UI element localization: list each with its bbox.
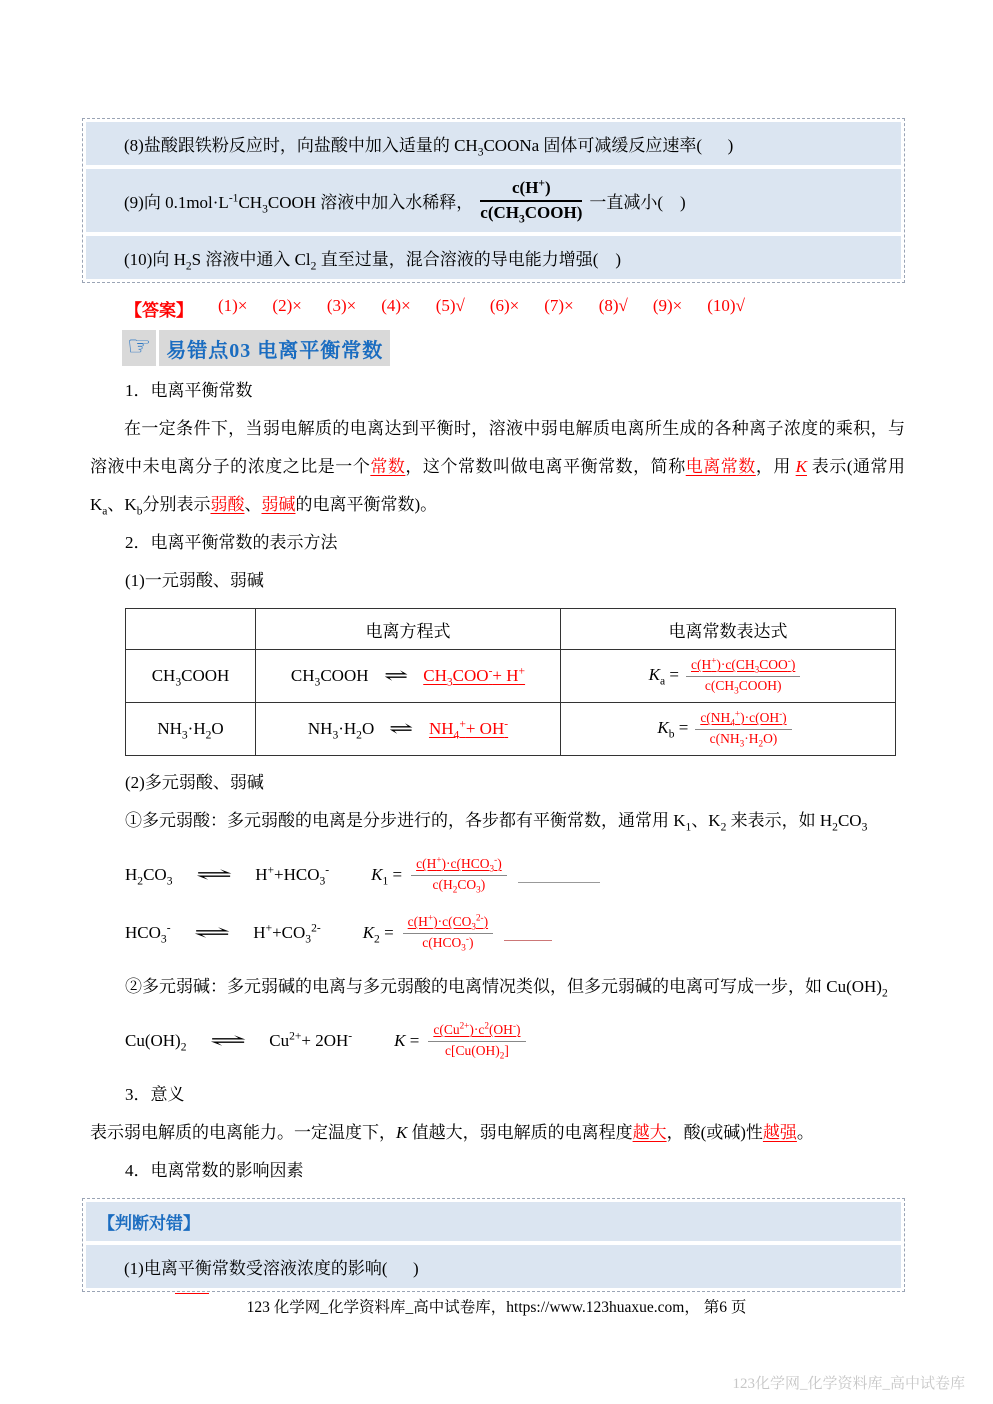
equation-cell: NH3·H2O ⇌ NH4++ OH-: [256, 703, 561, 756]
equation-text: H2CO3 ⇌ H++HCO3-: [125, 865, 329, 885]
answer-blank-line: [518, 868, 600, 883]
k2-label: K2 =: [363, 923, 394, 943]
paragraph-meaning: 表示弱电解质的电离能力。一定温度下，K 值越大，弱电解质的电离程度越大，酸(或碱…: [90, 1114, 905, 1152]
k2-fraction: c(H+)·c(CO32-)c(HCO3-): [403, 914, 493, 952]
section-title: 易错点03 电离平衡常数: [159, 330, 390, 366]
k1-fraction: c(H+)·c(HCO3-)c(H2CO3): [411, 856, 507, 894]
answer-item: (1)×: [218, 296, 247, 321]
answer-item: (9)×: [653, 296, 682, 321]
equation-h2co3: H2CO3 ⇌ H++HCO3- K1 = c(H+)·c(HCO3-)c(H2…: [90, 852, 905, 898]
question-9-text-after: 一直减小( ): [589, 188, 685, 213]
equation-text: Cu(OH)2 ⇌ Cu2++ 2OH-: [125, 1031, 352, 1051]
table-header-expression: 电离常数表达式: [561, 609, 896, 650]
question-10-text: (10)向 H2S 溶液中通入 Cl2 直至过量，混合溶液的导电能力增强( ): [124, 245, 621, 270]
true-false-question-box: (8)盐酸跟铁粉反应时，向盐酸中加入适量的 CH3COONa 固体可减缓反应速率…: [82, 118, 905, 283]
fraction-numerator: c(H+): [480, 178, 582, 202]
k-label: Ka =: [649, 665, 679, 684]
answer-item: (3)×: [327, 296, 356, 321]
judge-right-wrong-box: 【判断对错】 (1)电离平衡常数受溶液浓度的影响( ): [82, 1198, 905, 1292]
equation-cell: CH3COOH ⇌ CH3COO-+ H+: [256, 650, 561, 703]
k1-label: K1 =: [371, 865, 402, 885]
answer-item: (6)×: [490, 296, 519, 321]
heading-1: 1．电离平衡常数: [90, 372, 905, 410]
fraction-numerator: c(Cu2+)·c2(OH-): [428, 1022, 525, 1042]
fraction-denominator: c(HCO3-): [403, 934, 493, 952]
answer-item: (7)×: [544, 296, 573, 321]
section-header: ☞ 易错点03 电离平衡常数: [122, 330, 390, 366]
fraction-denominator: c(NH3·H2O): [695, 730, 791, 748]
judge-question-1-text: (1)电离平衡常数受溶液浓度的影响( ): [124, 1254, 419, 1279]
equation-text: HCO3- ⇌ H++CO32-: [125, 923, 321, 943]
question-9-text-before: (9)向 0.1mol·L-1CH3COOH 溶液中加入水稀释，: [124, 188, 473, 213]
constant-cell: Ka =c(H+)·c(CH3COO-)c(CH3COOH): [561, 650, 896, 703]
question-9-row: (9)向 0.1mol·L-1CH3COOH 溶液中加入水稀释， c(H+) c…: [86, 169, 901, 232]
body-content: 1．电离平衡常数 在一定条件下，当弱电解质的电离达到平衡时，溶液中弱电解质电离所…: [90, 372, 905, 1304]
table-row-ammonia: NH3·H2O NH3·H2O ⇌ NH4++ OH- Kb =c(NH4+)·…: [126, 703, 896, 756]
fraction-denominator: c[Cu(OH)2]: [428, 1042, 525, 1060]
answer-item: (8)√: [599, 296, 628, 321]
fraction-numerator: c(H+)·c(HCO3-): [411, 856, 507, 876]
answer-item: (2)×: [272, 296, 301, 321]
question-8-text: (8)盐酸跟铁粉反应时，向盐酸中加入适量的 CH3COONa 固体可减缓反应速率…: [124, 131, 733, 156]
fraction-denominator: c(CH3COOH): [480, 202, 582, 223]
table-row-acetic-acid: CH3COOH CH3COOH ⇌ CH3COO-+ H+ Ka =c(H+)·…: [126, 650, 896, 703]
constant-cell: Kb =c(NH4+)·c(OH-)c(NH3·H2O): [561, 703, 896, 756]
judge-question-1-row: (1)电离平衡常数受溶液浓度的影响( ): [86, 1245, 901, 1288]
fraction-numerator: c(H+)·c(CO32-): [403, 914, 493, 934]
table-header-empty: [126, 609, 256, 650]
page-footer: 123 化学网_化学资料库_高中试卷库，https://www.123huaxu…: [0, 1295, 993, 1317]
k-label: Kb =: [657, 718, 688, 737]
subheading-polyprotic: (2)多元弱酸、弱碱: [90, 764, 905, 802]
heading-2: 2．电离平衡常数的表示方法: [90, 524, 905, 562]
ka-fraction: c(H+)·c(CH3COO-)c(CH3COOH): [686, 657, 800, 695]
ionization-constant-table: 电离方程式 电离常数表达式 CH3COOH CH3COOH ⇌ CH3COO-+…: [125, 608, 896, 756]
substance-cell: NH3·H2O: [126, 703, 256, 756]
watermark-text: 123化学网_化学资料库_高中试卷库: [732, 1372, 965, 1393]
judge-box-label: 【判断对错】: [98, 1209, 200, 1234]
table-header-row: 电离方程式 电离常数表达式: [126, 609, 896, 650]
kb-fraction: c(NH4+)·c(OH-)c(NH3·H2O): [695, 710, 791, 748]
concentration-ratio-fraction: c(H+) c(CH3COOH): [480, 178, 582, 223]
paragraph-polyprotic-acid: ①多元弱酸：多元弱酸的电离是分步进行的，各步都有平衡常数，通常用 K1、K2 来…: [90, 802, 905, 840]
heading-3: 3．意义: [90, 1076, 905, 1114]
paragraph-polybasic-base: ②多元弱碱：多元弱碱的电离与多元弱酸的电离情况类似，但多元弱碱的电离可写成一步，…: [90, 968, 905, 1006]
table-header-equation: 电离方程式: [256, 609, 561, 650]
equation-hco3: HCO3- ⇌ H++CO32- K2 = c(H+)·c(CO32-)c(HC…: [90, 910, 905, 956]
k-fraction: c(Cu2+)·c2(OH-)c[Cu(OH)2]: [428, 1022, 525, 1060]
answer-item: (10)√: [707, 296, 745, 321]
fraction-denominator: c(H2CO3): [411, 876, 507, 894]
answer-item: (4)×: [381, 296, 410, 321]
answer-item: (5)√: [436, 296, 465, 321]
k-label: K =: [394, 1031, 419, 1051]
answer-line: 【答案】 (1)× (2)× (3)× (4)× (5)√ (6)× (7)× …: [125, 296, 745, 321]
fraction-numerator: c(H+)·c(CH3COO-): [686, 657, 800, 677]
fraction-numerator: c(NH4+)·c(OH-): [695, 710, 791, 730]
question-10-row: (10)向 H2S 溶液中通入 Cl2 直至过量，混合溶液的导电能力增强( ): [86, 236, 901, 279]
equation-cuoh2: Cu(OH)2 ⇌ Cu2++ 2OH- K = c(Cu2+)·c2(OH-)…: [90, 1018, 905, 1064]
answer-label: 【答案】: [125, 296, 193, 321]
subheading-monoprotic: (1)一元弱酸、弱碱: [90, 562, 905, 600]
paragraph-definition: 在一定条件下，当弱电解质的电离达到平衡时，溶液中弱电解质电离所生成的各种离子浓度…: [90, 410, 905, 524]
judge-box-header-row: 【判断对错】: [86, 1202, 901, 1241]
fraction-denominator: c(CH3COOH): [686, 677, 800, 695]
substance-cell: CH3COOH: [126, 650, 256, 703]
question-8-row: (8)盐酸跟铁粉反应时，向盐酸中加入适量的 CH3COONa 固体可减缓反应速率…: [86, 122, 901, 165]
heading-4: 4．电离常数的影响因素: [90, 1152, 905, 1190]
answer-blank-line: [504, 926, 552, 941]
pointing-hand-icon: ☞: [122, 330, 156, 366]
document-page: (8)盐酸跟铁粉反应时，向盐酸中加入适量的 CH3COONa 固体可减缓反应速率…: [0, 0, 993, 1404]
